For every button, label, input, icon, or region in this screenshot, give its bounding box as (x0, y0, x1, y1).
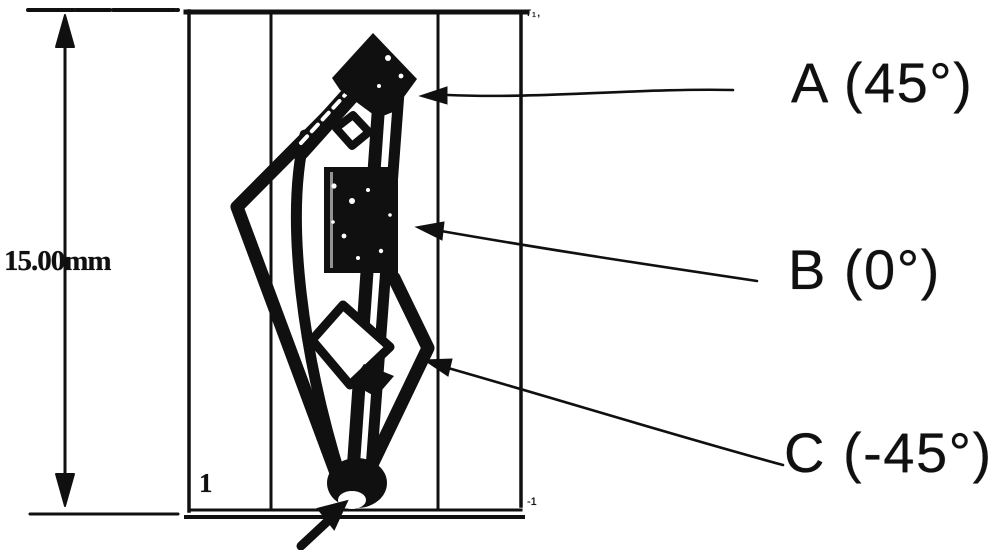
leader-arrowhead-b (416, 222, 444, 240)
dimension-arrow-down (56, 474, 74, 506)
antenna-hook (336, 115, 369, 146)
board-number: 1 (199, 470, 213, 497)
leader-line-b (441, 231, 757, 281)
scan-mark-top-right: r₁, (527, 6, 541, 18)
figure-canvas: 15.00mm A (45°) B (0°) C (-45°) 1 r₁, -1 (0, 0, 1000, 550)
dimension-arrow-up (56, 15, 74, 47)
scan-mark-bottom-right: -1 (527, 497, 537, 508)
feed-arrow-tail (301, 519, 330, 546)
label-c: C (-45°) (784, 425, 993, 481)
leader-line-a (448, 90, 733, 96)
antenna-patch-b (324, 167, 398, 273)
leader-line-c (448, 368, 783, 465)
label-b: B (0°) (788, 242, 941, 298)
leader-arrowhead-a (420, 87, 447, 104)
antenna-structure (237, 33, 428, 509)
dimension-label: 15.00mm (4, 247, 111, 276)
leader-lines (416, 87, 783, 465)
label-a: A (45°) (791, 55, 973, 111)
